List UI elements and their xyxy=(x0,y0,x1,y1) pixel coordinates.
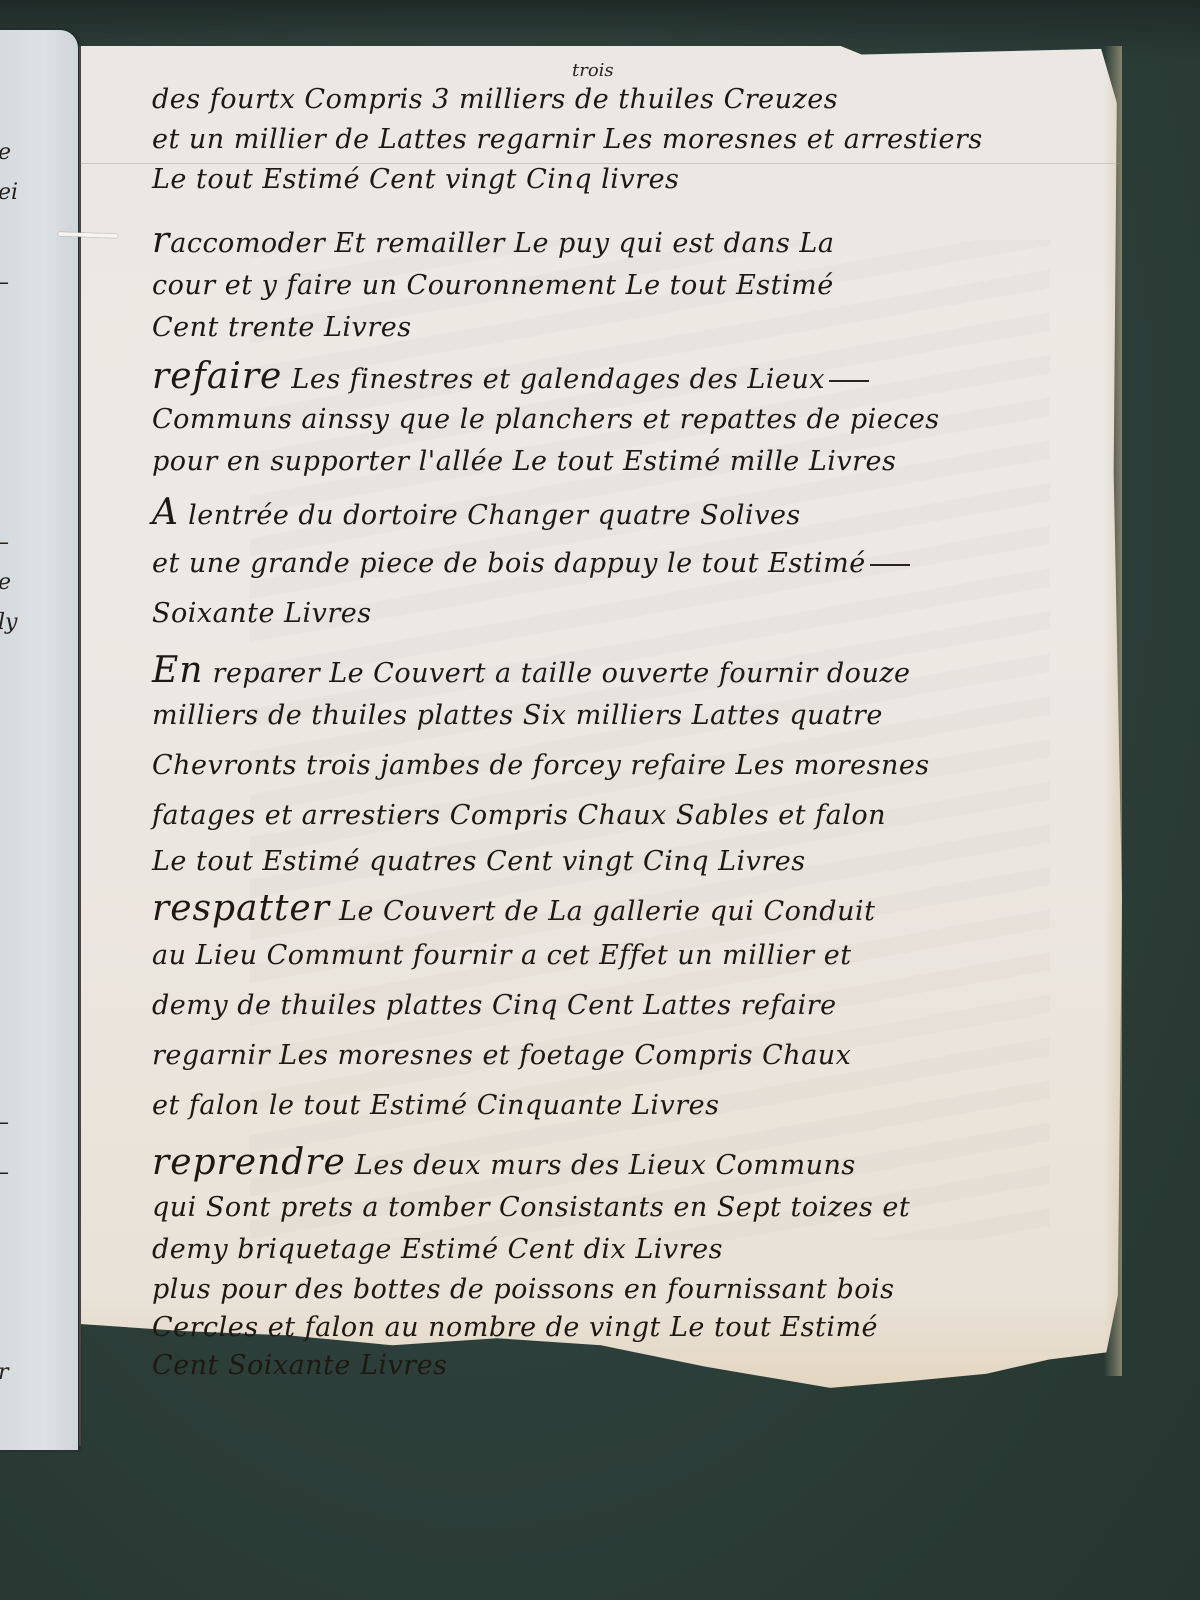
text-line: reprendre Les deux murs des Lieux Commun… xyxy=(152,1142,856,1183)
text-line: qui Sont prets a tomber Consistants en S… xyxy=(152,1192,910,1223)
text-line: Le tout Estimé quatres Cent vingt Cinq L… xyxy=(152,846,806,877)
left-page-fragment: r xyxy=(0,1360,9,1385)
text-line: Le tout Estimé Cent vingt Cinq livres xyxy=(152,164,679,195)
text-line: refaire Les finestres et galendages des … xyxy=(152,356,869,397)
text-line: En reparer Le Couvert a taille ouverte f… xyxy=(152,650,911,691)
text-line: demy briquetage Estimé Cent dix Livres xyxy=(152,1234,723,1265)
text-line: Cercles et falon au nombre de vingt Le t… xyxy=(152,1312,878,1343)
page-spine-edge xyxy=(79,46,81,1446)
interlinear-insertion: trois xyxy=(572,60,614,81)
left-page-fragment: – xyxy=(0,1160,9,1185)
facing-left-page: e ei – – e ly – – r xyxy=(0,30,78,1450)
left-page-fragment: ei xyxy=(0,180,18,205)
text-line: des fourtx Compris 3 milliers de thuiles… xyxy=(152,84,838,115)
text-line: fatages et arrestiers Compris Chaux Sabl… xyxy=(152,800,886,831)
text-line: et falon le tout Estimé Cinquante Livres xyxy=(152,1090,720,1121)
text-line: plus pour des bottes de poissons en four… xyxy=(152,1274,895,1305)
page-right-edge-stain xyxy=(1104,46,1122,1376)
text-line: demy de thuiles plattes Cinq Cent Lattes… xyxy=(152,990,837,1021)
text-line: et un millier de Lattes regarnir Les mor… xyxy=(152,124,983,155)
left-page-fragment: ly xyxy=(0,610,17,635)
text-line: cour et y faire un Couronnement Le tout … xyxy=(152,270,834,301)
text-line: Chevronts trois jambes de forcey refaire… xyxy=(152,750,930,781)
text-line: respatter Le Couvert de La gallerie qui … xyxy=(152,888,875,929)
left-page-fragment: – xyxy=(0,1110,9,1135)
left-page-fragment: e xyxy=(0,570,11,595)
text-line: pour en supporter l'allée Le tout Estimé… xyxy=(152,446,896,477)
left-page-fragment: – xyxy=(0,270,9,295)
line-filler-dash xyxy=(829,380,869,382)
line-filler-dash xyxy=(870,564,910,566)
text-line: milliers de thuiles plattes Six milliers… xyxy=(152,700,883,731)
text-line: et une grande piece de bois dappuy le to… xyxy=(152,548,910,579)
text-line: Communs ainssy que le planchers et repat… xyxy=(152,404,940,435)
left-page-fragment: e xyxy=(0,140,11,165)
text-line: Cent trente Livres xyxy=(152,312,412,343)
text-line: au Lieu Communt fournir a cet Effet un m… xyxy=(152,940,852,971)
text-line: Cent Soixante Livres xyxy=(152,1350,448,1381)
text-line: raccomoder Et remailler Le puy qui est d… xyxy=(152,220,834,261)
text-line: A lentrée du dortoire Changer quatre Sol… xyxy=(152,492,801,533)
text-line: regarnir Les moresnes et foetage Compris… xyxy=(152,1040,851,1071)
text-line: Soixante Livres xyxy=(152,598,372,629)
left-page-fragment: – xyxy=(0,530,9,555)
